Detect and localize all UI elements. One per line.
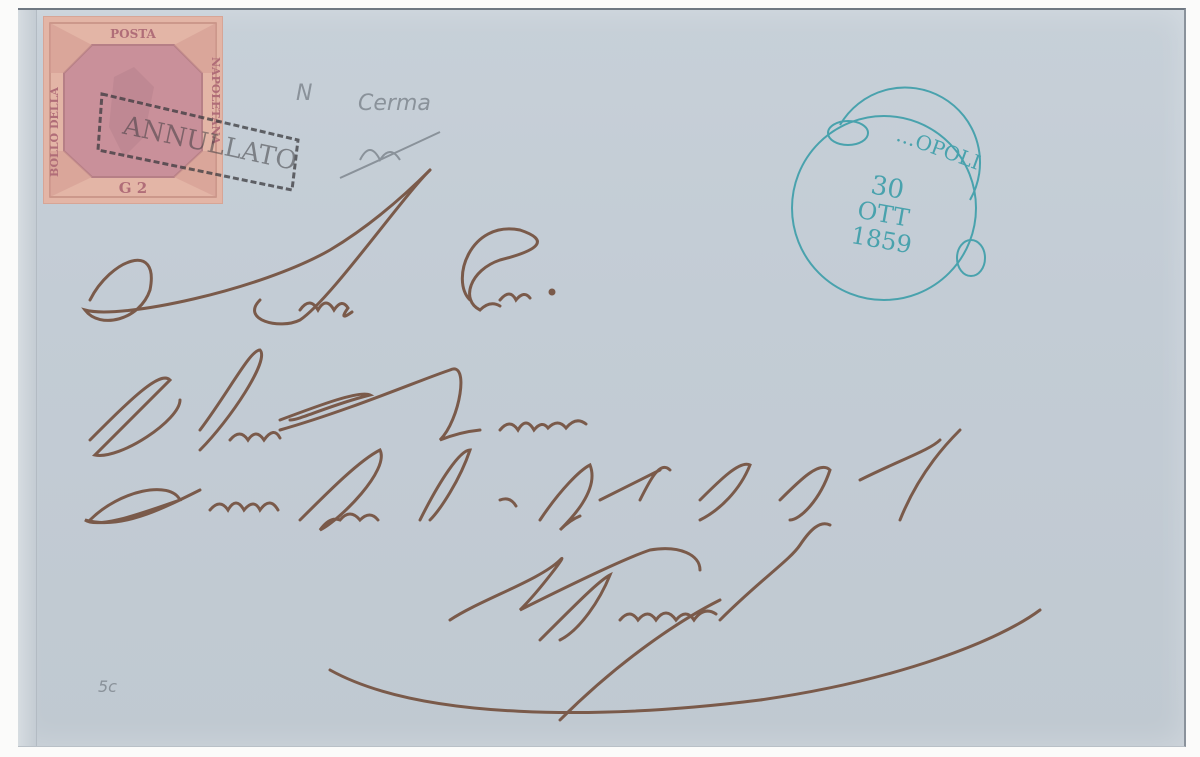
pencil-note-word: Cerma [358,91,431,116]
pencil-annotations: N Cerma 5c [98,81,440,696]
pencil-note-n: N [296,81,312,106]
circular-postmark: …OPOLI 30 OTT 1859 [792,88,985,300]
postmark-town: …OPOLI [893,122,983,174]
ink-layer: ANNULLATO …OPOLI 30 OTT 1859 N Cerma 5c [0,0,1200,757]
pencil-corner-note: 5c [98,677,117,696]
rectangular-cancel-handstamp: ANNULLATO [98,94,299,190]
